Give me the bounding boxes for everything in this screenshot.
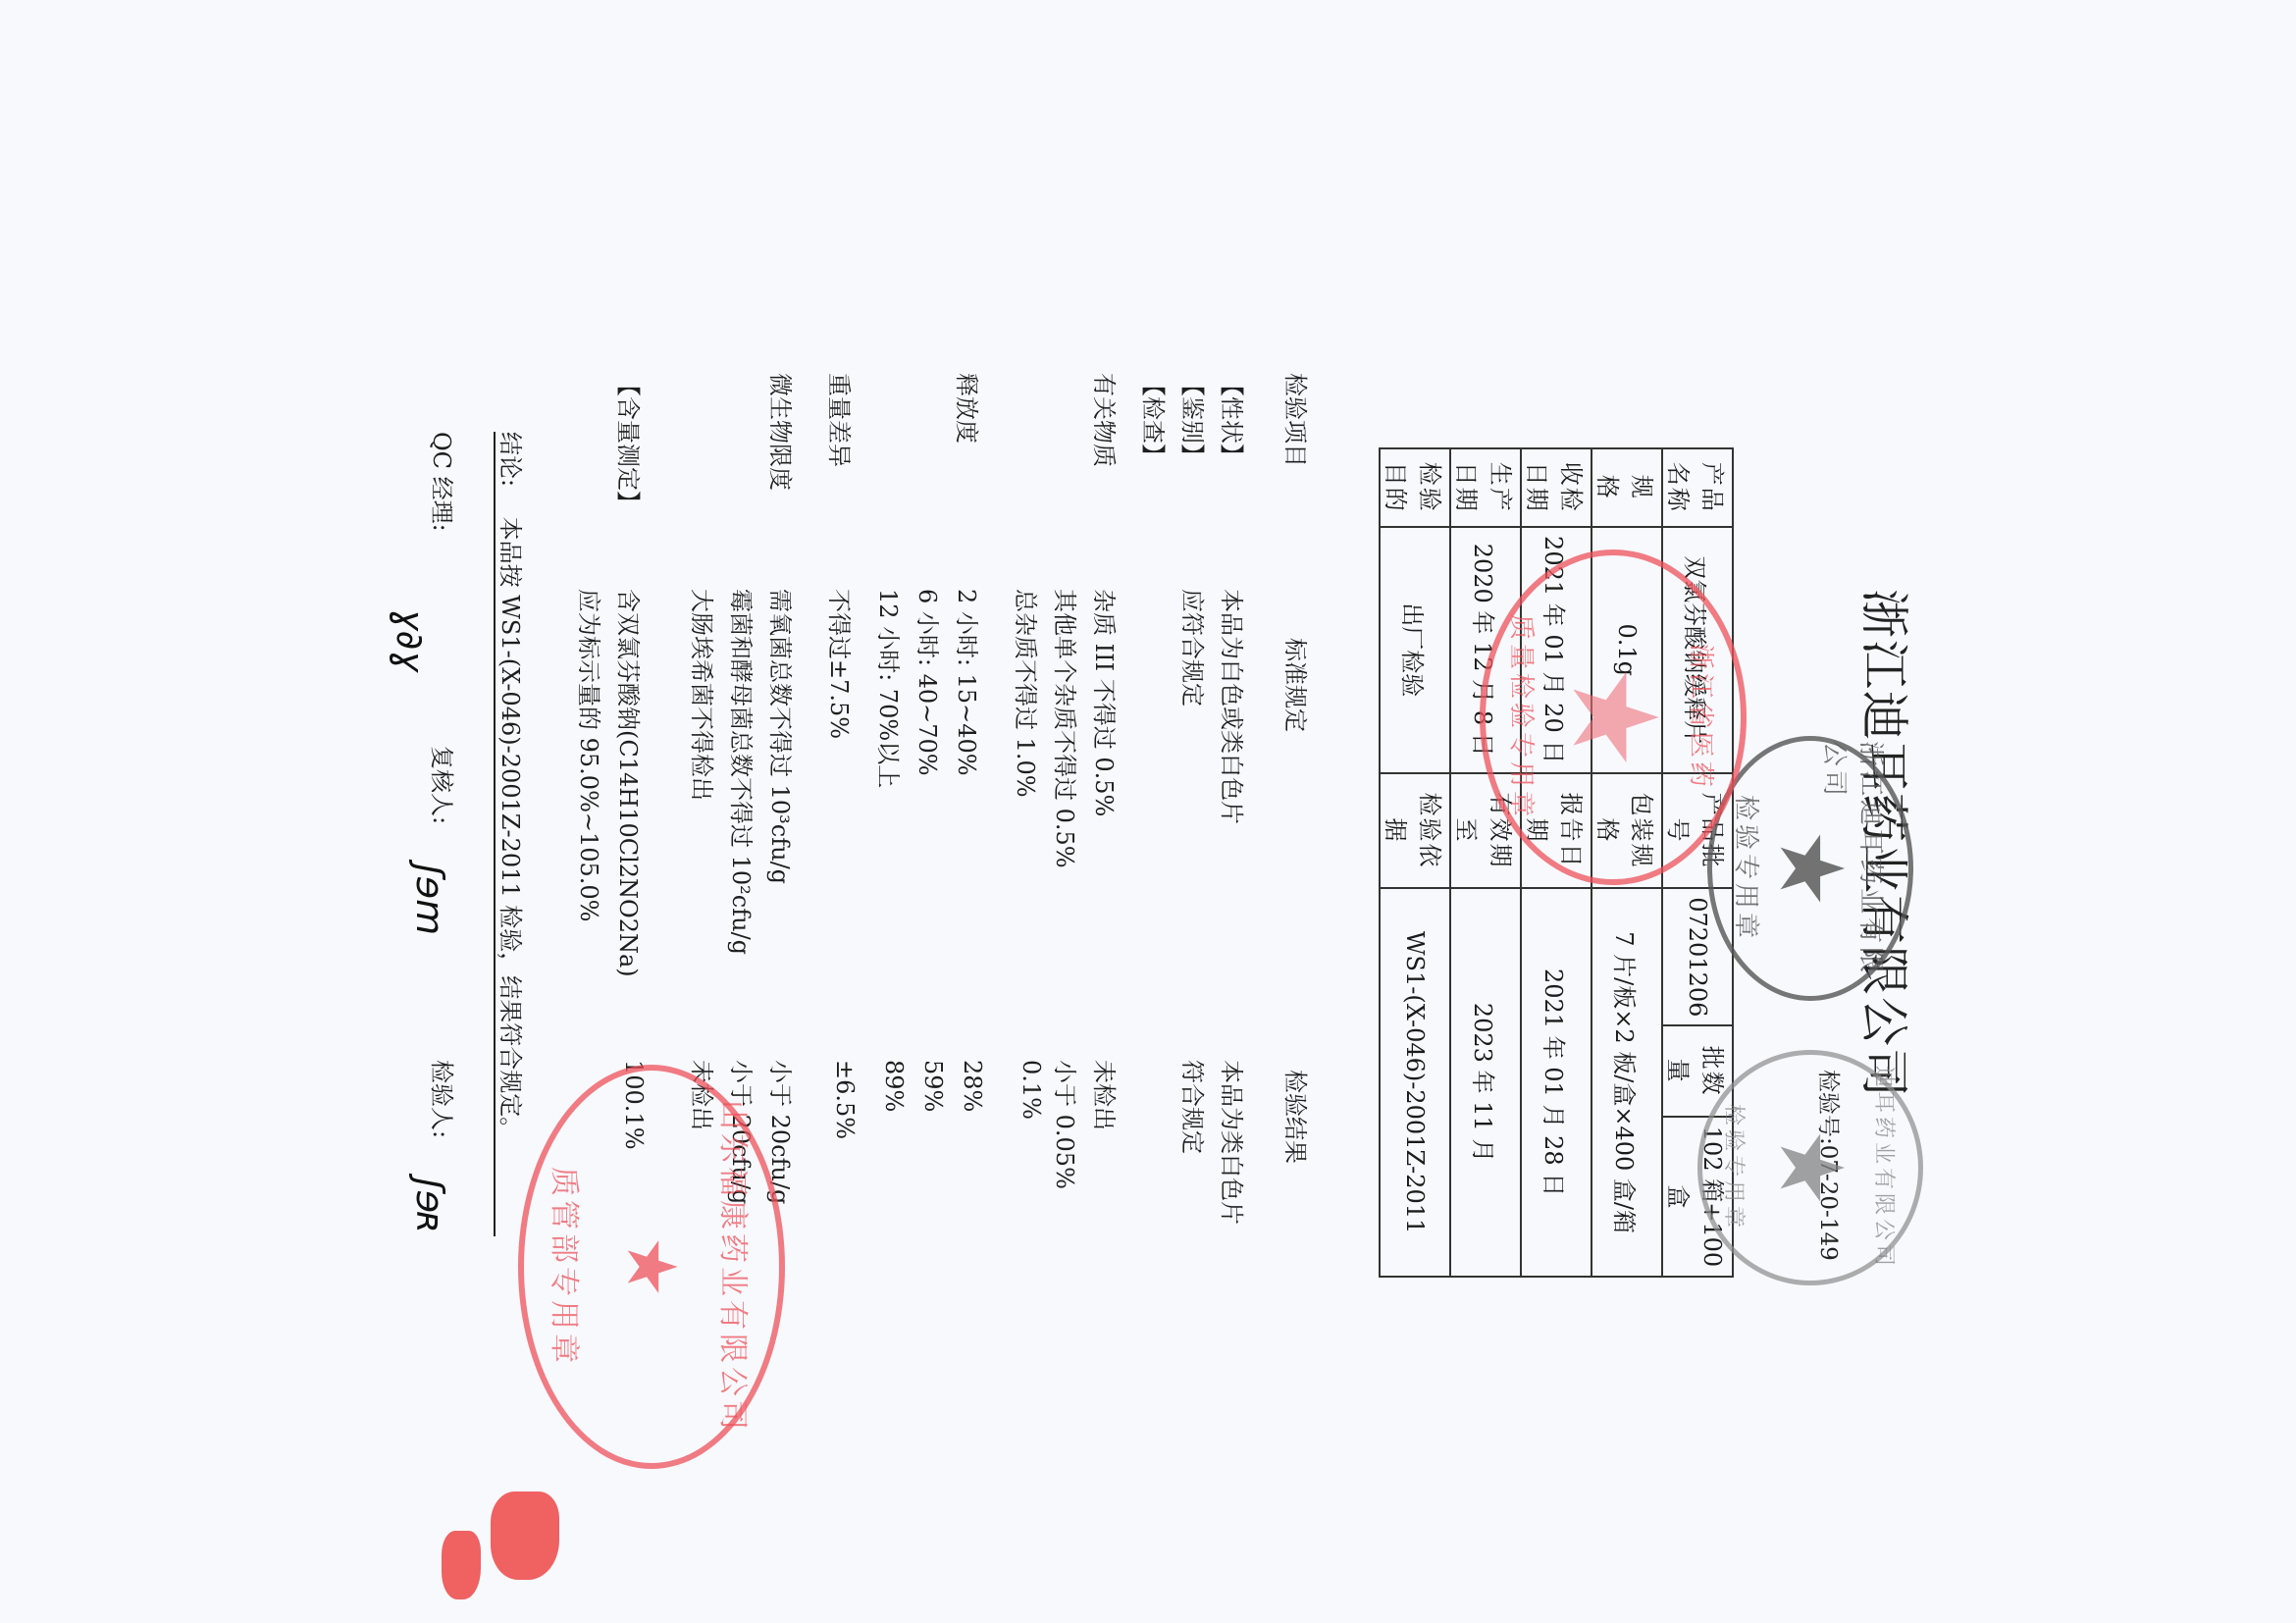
value-package-spec: 7 片/板×2 板/盒×400 盒/箱 [1592, 888, 1662, 1277]
result-value: ±6.5% [831, 1060, 859, 1139]
star-icon: ★ [617, 1236, 686, 1298]
result-item: 【鉴别】 [1177, 373, 1212, 467]
result-item: 重量差异 [824, 373, 859, 467]
red-quality-stamp-table: ★ 浙江省医药 质量检验专用章 [1480, 550, 1747, 885]
result-value: 符合规定 [1177, 1060, 1212, 1154]
label-inspection-basis: 检验依据 [1380, 773, 1450, 888]
reviewer-signature: ʃɘm [408, 864, 451, 935]
result-standard: 2 小时: 15~40% [952, 589, 986, 776]
qc-manager-signature: ɣ∂ɣ [389, 608, 432, 672]
header-standard: 标准规定 [1280, 638, 1315, 732]
result-value: 89% [880, 1060, 908, 1112]
label-product-name: 产品名称 [1662, 448, 1733, 527]
result-standard: 总杂质不得过 1.0% [1011, 589, 1045, 798]
qc-manager-label: QC 经理: [427, 432, 461, 532]
result-standard: 本品为白色或类白色片 [1217, 589, 1251, 824]
header-result: 检验结果 [1280, 1070, 1315, 1164]
reviewer-label: 复核人: [427, 746, 461, 824]
conclusion: 结论: 本品按 WS1-(X-046)-2001Z-2011 检验，结果符合规定… [496, 432, 530, 1140]
star-icon: ★ [1554, 664, 1672, 770]
red-quality-dept-stamp: ★ 山东福康药业有限公司 质管部专用章 [518, 1065, 785, 1469]
label-production-date: 生产日期 [1450, 448, 1521, 527]
result-standard: 应符合规定 [1177, 589, 1212, 707]
header-item: 检验项目 [1280, 373, 1315, 467]
inspector-label: 检验人: [427, 1060, 461, 1138]
label-received-date: 收检日期 [1521, 448, 1592, 527]
value-inspection-basis: WS1-(X-046)-2001Z-2011 [1380, 888, 1450, 1277]
result-standard: 不得过±7.5% [824, 589, 859, 739]
result-value: 本品为类白色片 [1217, 1060, 1251, 1225]
conclusion-underline [494, 432, 496, 1236]
company-inspection-stamp-2: ★ 迪耳药业有限公司 检验专用章 [1697, 1050, 1923, 1285]
result-item: 【含量测定】 [613, 373, 648, 514]
result-value: 28% [959, 1060, 986, 1112]
result-value: 未检出 [1089, 1060, 1123, 1130]
value-report-date: 2021 年 01 月 28 日 [1521, 888, 1592, 1277]
info-row: 生产日期 2020 年 12 月 8 日 有效期至 2023 年 11 月 [1450, 448, 1521, 1277]
result-item: 有关物质 [1089, 373, 1123, 467]
info-row: 检验目的 出厂检验 检验依据 WS1-(X-046)-2001Z-2011 [1380, 448, 1450, 1277]
conclusion-label: 结论: [496, 432, 524, 487]
result-standard: 需氧菌总数不得过 10³cfu/g [765, 589, 800, 884]
label-inspection-purpose: 检验目的 [1380, 448, 1450, 527]
value-expiry: 2023 年 11 月 [1450, 888, 1521, 1277]
result-value: 0.1% [1018, 1060, 1045, 1120]
label-specification: 规 格 [1592, 448, 1662, 527]
result-value: 59% [919, 1060, 947, 1112]
result-item: 释放度 [952, 373, 986, 444]
result-standard: 12 小时: 70%以上 [873, 589, 908, 788]
result-standard: 大肠埃希菌不得检出 [687, 589, 721, 801]
result-item: 【检查】 [1138, 373, 1173, 467]
result-standard: 霉菌和酵母菌总数不得过 10²cfu/g [726, 589, 760, 955]
result-standard: 其他单个杂质不得过 0.5% [1050, 589, 1084, 868]
result-value: 小于 0.05% [1050, 1060, 1084, 1189]
red-ink-blot [442, 1531, 481, 1599]
inspection-report-page: 浙江迪耳药业有限公司 检验号:07-20-149 产品名称 双氯芬酸钠缓释片 产… [0, 0, 2296, 1623]
result-standard: 杂质 III 不得过 0.5% [1089, 589, 1123, 816]
result-item: 微生物限度 [765, 373, 800, 491]
value-inspection-purpose: 出厂检验 [1380, 527, 1450, 773]
red-ink-blot [491, 1492, 559, 1580]
result-standard: 应为标示量的 95.0%~105.0% [574, 589, 608, 922]
inspector-signature: ʃɘʀ [408, 1178, 451, 1235]
result-standard: 6 小时: 40~70% [913, 589, 947, 776]
conclusion-text: 本品按 WS1-(X-046)-2001Z-2011 检验，结果符合规定。 [496, 517, 524, 1141]
result-standard: 含双氯芬酸钠(C14H10Cl2NO2Na) [613, 589, 648, 977]
result-item: 【性状】 [1217, 373, 1251, 467]
star-icon: ★ [1766, 1128, 1854, 1208]
